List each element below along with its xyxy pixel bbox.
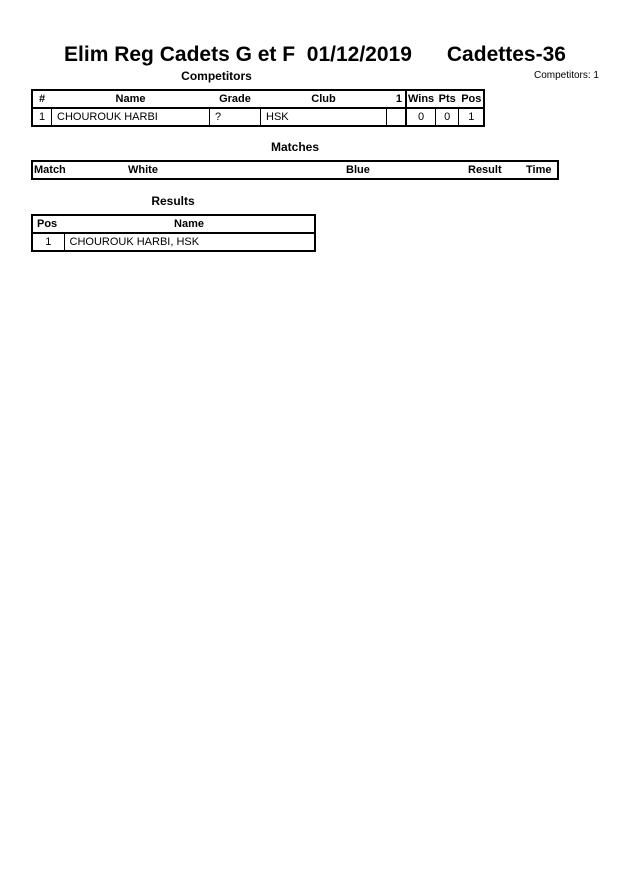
- cell-grade: ?: [210, 108, 261, 126]
- results-header-row: Pos Name: [32, 215, 315, 233]
- col-number: #: [32, 90, 52, 108]
- col-pos: Pos: [32, 215, 64, 233]
- matches-heading: Matches: [250, 140, 340, 154]
- table-row: 1 CHOUROUK HARBI, HSK: [32, 233, 315, 251]
- event-name: Elim Reg Cadets G et F: [64, 43, 295, 67]
- competitors-heading: Competitors: [160, 69, 273, 83]
- competitors-count: Competitors: 1: [500, 70, 599, 81]
- col-white: White: [127, 161, 345, 179]
- cell-round-1: [387, 108, 407, 126]
- cell-pos: 1: [32, 233, 64, 251]
- col-wins: Wins: [406, 90, 436, 108]
- col-pts: Pts: [436, 90, 459, 108]
- matches-table: Match White Blue Result Time: [31, 160, 559, 180]
- category-name: Cadettes-36: [447, 43, 566, 67]
- competitors-table: # Name Grade Club 1 Wins Pts Pos 1 CHOUR…: [31, 89, 485, 127]
- cell-name: CHOUROUK HARBI: [52, 108, 210, 126]
- cell-name: CHOUROUK HARBI, HSK: [64, 233, 315, 251]
- col-blue: Blue: [345, 161, 467, 179]
- col-match: Match: [32, 161, 127, 179]
- page-title: Elim Reg Cadets G et F 01/12/2019 Cadett…: [0, 43, 630, 67]
- results-table: Pos Name 1 CHOUROUK HARBI, HSK: [31, 214, 316, 252]
- cell-number: 1: [32, 108, 52, 126]
- table-row: 1 CHOUROUK HARBI ? HSK 0 0 1: [32, 108, 484, 126]
- matches-header-row: Match White Blue Result Time: [32, 161, 558, 179]
- col-name: Name: [64, 215, 315, 233]
- competitors-header-row: # Name Grade Club 1 Wins Pts Pos: [32, 90, 484, 108]
- results-heading: Results: [130, 194, 216, 208]
- cell-club: HSK: [261, 108, 387, 126]
- cell-pts: 0: [436, 108, 459, 126]
- col-time: Time: [525, 161, 558, 179]
- col-pos: Pos: [459, 90, 485, 108]
- event-date: 01/12/2019: [307, 43, 412, 67]
- cell-wins: 0: [406, 108, 436, 126]
- col-result: Result: [467, 161, 525, 179]
- col-club: Club: [261, 90, 387, 108]
- cell-pos: 1: [459, 108, 485, 126]
- col-round-1: 1: [387, 90, 407, 108]
- col-grade: Grade: [210, 90, 261, 108]
- col-name: Name: [52, 90, 210, 108]
